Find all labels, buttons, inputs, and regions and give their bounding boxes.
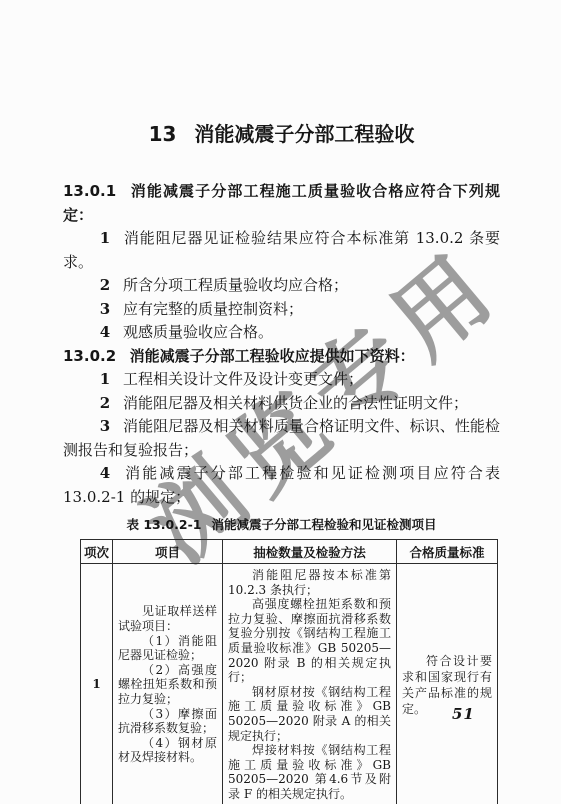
document-page: 浏览专用 13消能减震子分部工程验收 13.0.1消能减震子分部工程施工质量验收… xyxy=(0,0,561,804)
item-number: 2 xyxy=(100,276,110,294)
item-number: 1 xyxy=(100,229,110,247)
header-item-no: 项次 xyxy=(81,540,113,564)
page-number: 51 xyxy=(452,705,475,723)
cell-standard: 符合设计要求和国家现行有关产品标准的规定。 xyxy=(397,564,498,804)
project-paragraph: （2）高强度螺栓扭矩系数和预拉力复验； xyxy=(118,663,217,707)
cell-method: 消能阻尼器按本标准第 10.2.3 条执行； 高强度螺栓扭矩系数和预拉力复验、摩… xyxy=(223,564,397,804)
project-paragraph: （3）摩擦面抗滑移系数复验； xyxy=(118,707,217,736)
item-number: 2 xyxy=(100,394,110,412)
method-paragraph: 钢材原材按《钢结构工程施工质量验收标准》GB 50205—2020 附录 A 的… xyxy=(228,685,391,743)
chapter-name: 消能减震子分部工程验收 xyxy=(194,122,414,146)
clause-13-0-2: 13.0.2消能减震子分部工程验收应提供如下资料： xyxy=(63,345,500,369)
clause-13-0-1: 13.0.1消能减震子分部工程施工质量验收合格应符合下列规定： xyxy=(63,180,500,227)
header-method: 抽检数量及检验方法 xyxy=(223,540,397,564)
item-number: 3 xyxy=(100,417,110,435)
item-number: 4 xyxy=(100,464,110,482)
header-standard: 合格质量标准 xyxy=(397,540,498,564)
method-paragraph: 消能阻尼器按本标准第 10.2.3 条执行； xyxy=(228,568,391,597)
cell-project: 见证取样送样试验项目： （1）消能阻尼器见证检验； （2）高强度螺栓扭矩系数和预… xyxy=(113,564,223,804)
clause-13-0-1-item-4: 4观感质量验收应合格。 xyxy=(63,321,500,345)
table-caption-title: 消能减震子分部工程检验和见证检测项目 xyxy=(212,517,437,532)
header-project: 项目 xyxy=(113,540,223,564)
item-number: 3 xyxy=(100,300,110,318)
item-text: 消能减震子分部工程检验和见证检测项目应符合表 13.0.2-1 的规定； xyxy=(63,464,500,506)
project-paragraph: （1）消能阻尼器见证检验； xyxy=(118,634,217,663)
clause-number: 13.0.1 xyxy=(63,182,116,200)
item-text: 消能阻尼器及相关材料质量合格证明文件、标识、性能检测报告和复验报告； xyxy=(63,417,500,459)
chapter-title: 13消能减震子分部工程验收 xyxy=(63,120,500,148)
clause-13-0-1-item-1: 1消能阻尼器见证检验结果应符合本标准第 13.0.2 条要求。 xyxy=(63,227,500,274)
chapter-number: 13 xyxy=(149,122,177,146)
clause-13-0-1-item-2: 2所含分项工程质量验收均应合格； xyxy=(63,274,500,298)
item-text: 消能阻尼器见证检验结果应符合本标准第 13.0.2 条要求。 xyxy=(63,229,500,271)
clause-13-0-2-item-3: 3消能阻尼器及相关材料质量合格证明文件、标识、性能检测报告和复验报告； xyxy=(63,415,500,462)
clause-text: 消能减震子分部工程验收应提供如下资料： xyxy=(130,347,415,365)
inspection-table: 项次 项目 抽检数量及检验方法 合格质量标准 1 见证取样送样试验项目： （1）… xyxy=(80,539,498,804)
method-paragraph: 焊接材料按《钢结构工程施工质量验收标准》GB 50205—2020 第4.6节及… xyxy=(228,743,391,801)
item-number: 1 xyxy=(100,370,110,388)
item-text: 应有完整的质量控制资料； xyxy=(123,300,303,318)
cell-item-no: 1 xyxy=(81,564,113,804)
item-text: 所含分项工程质量验收均应合格； xyxy=(123,276,348,294)
table-caption: 表 13.0.2-1消能减震子分部工程检验和见证检测项目 xyxy=(63,516,500,533)
item-text: 工程相关设计文件及设计变更文件； xyxy=(123,370,363,388)
table-header-row: 项次 项目 抽检数量及检验方法 合格质量标准 xyxy=(81,540,498,564)
clause-13-0-2-item-4: 4消能减震子分部工程检验和见证检测项目应符合表 13.0.2-1 的规定； xyxy=(63,462,500,509)
item-text: 消能阻尼器及相关材料供货企业的合法性证明文件； xyxy=(123,394,468,412)
page-content: 13消能减震子分部工程验收 13.0.1消能减震子分部工程施工质量验收合格应符合… xyxy=(0,0,561,804)
table-row: 1 见证取样送样试验项目： （1）消能阻尼器见证检验； （2）高强度螺栓扭矩系数… xyxy=(81,564,498,804)
clause-text: 消能减震子分部工程施工质量验收合格应符合下列规定： xyxy=(63,182,500,224)
item-number: 4 xyxy=(100,323,110,341)
method-paragraph: 高强度螺栓扭矩系数和预拉力复验、摩擦面抗滑移系数复验分别按《钢结构工程施工质量验… xyxy=(228,597,391,685)
clause-13-0-2-item-1: 1工程相关设计文件及设计变更文件； xyxy=(63,368,500,392)
table-caption-label: 表 13.0.2-1 xyxy=(126,517,201,532)
project-paragraph: 见证取样送样试验项目： xyxy=(118,604,217,633)
project-paragraph: （4）钢材原材及焊接材料。 xyxy=(118,736,217,765)
clause-13-0-1-item-3: 3应有完整的质量控制资料； xyxy=(63,298,500,322)
clause-number: 13.0.2 xyxy=(63,347,116,365)
clause-13-0-2-item-2: 2消能阻尼器及相关材料供货企业的合法性证明文件； xyxy=(63,392,500,416)
standard-paragraph: 符合设计要求和国家现行有关产品标准的规定。 xyxy=(402,653,492,717)
item-text: 观感质量验收应合格。 xyxy=(123,323,273,341)
